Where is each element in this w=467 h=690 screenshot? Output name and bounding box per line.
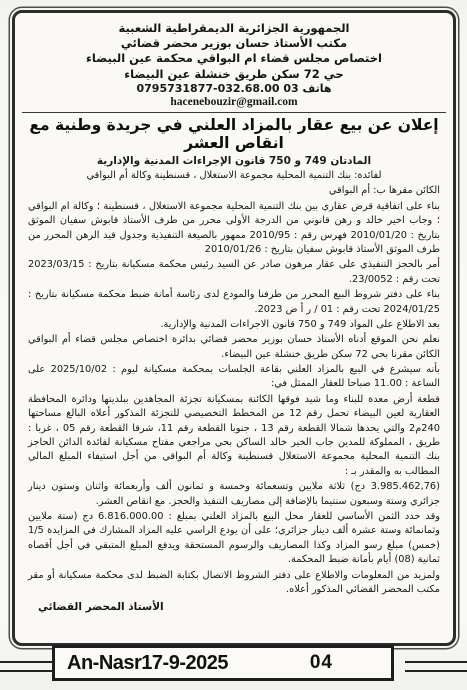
phone-number: 0795731877-032.68.00 03 [136, 82, 298, 95]
header-divider [22, 112, 446, 113]
base-price-paragraph: وقد حدد الثمن الأساسي للعقار محل البيع ب… [28, 510, 440, 568]
newspaper-legal-notice-page: الجمهورية الجزائرية الديمقراطية الشعبية … [0, 0, 467, 690]
beneficiary-line: لفائدة: بنك التنمية المحلية مجموعة الاست… [28, 169, 440, 183]
notice-title: إعلان عن بيع عقار بالمزاد العلني في جريد… [28, 116, 440, 152]
bailiff-declaration-paragraph: نعلم نحن الموقع أدناه الأستاذ حسان بوزير… [28, 333, 440, 362]
footer-rule-left [0, 661, 56, 672]
legal-articles-paragraph: بعد الاطلاع على المواد 749 و 750 قانون ا… [28, 318, 440, 332]
notice-header: الجمهورية الجزائرية الديمقراطية الشعبية … [28, 21, 440, 108]
phone-line: هاتف 0795731877-032.68.00 03 [28, 82, 440, 96]
beneficiary-address-line: الكائن مقرها ب: أم البواقي [28, 184, 440, 198]
address-line: حي 72 سكن طريق خنشلة عين البيضاء [28, 67, 440, 82]
sale-conditions-paragraph: بناء على دفتر شروط البيع المحرر من طرفنا… [28, 288, 440, 317]
more-info-paragraph: ولمزيد من المعلومات والاطلاع على دفتر ال… [28, 569, 440, 598]
claimed-amount-paragraph: (3.985.462,76 دج) ثلاثة ملايين وتسعمائة … [28, 480, 440, 509]
phone-label: هاتف [303, 82, 332, 95]
publication-footer: An-Nasr17-9-2025 04 [0, 644, 467, 684]
bailiff-office-line: مكتب الأستاذ حسان بوزير محضر قضائي [28, 36, 440, 51]
loan-agreement-paragraph: بناء على اتفاقية قرض عقاري بين بنك التنم… [28, 200, 440, 258]
seizure-order-paragraph: أمر بالحجز التنفيذي على عقار مرهون صادر … [28, 258, 440, 287]
publication-name-date: An-Nasr17-9-2025 [67, 652, 228, 675]
property-description-paragraph: قطعة أرض معدة للبناء وما شيد فوقها الكائ… [28, 393, 440, 479]
notice-body: لفائدة: بنك التنمية المحلية مجموعة الاست… [28, 169, 440, 597]
auction-date-paragraph: بأنه سيشرع في البيع بالمزاد العلني بقاعة… [28, 363, 440, 392]
notice-subtitle: المادتان 749 و 750 قانون الإجراءات المدن… [28, 155, 440, 167]
jurisdiction-line: اختصاص مجلس قضاء ام البواقي محكمة عين ال… [28, 51, 440, 66]
republic-line: الجمهورية الجزائرية الديمقراطية الشعبية [28, 21, 440, 36]
publication-box: An-Nasr17-9-2025 04 [52, 645, 394, 681]
email-address: hacenebouzir@gmail.com [28, 96, 440, 108]
footer-rule-right [405, 661, 467, 672]
notice-frame: الجمهورية الجزائرية الديمقراطية الشعبية … [12, 10, 456, 646]
page-number: 04 [310, 652, 333, 674]
bailiff-signature: الأستاذ المحضر القضائي [38, 601, 434, 613]
